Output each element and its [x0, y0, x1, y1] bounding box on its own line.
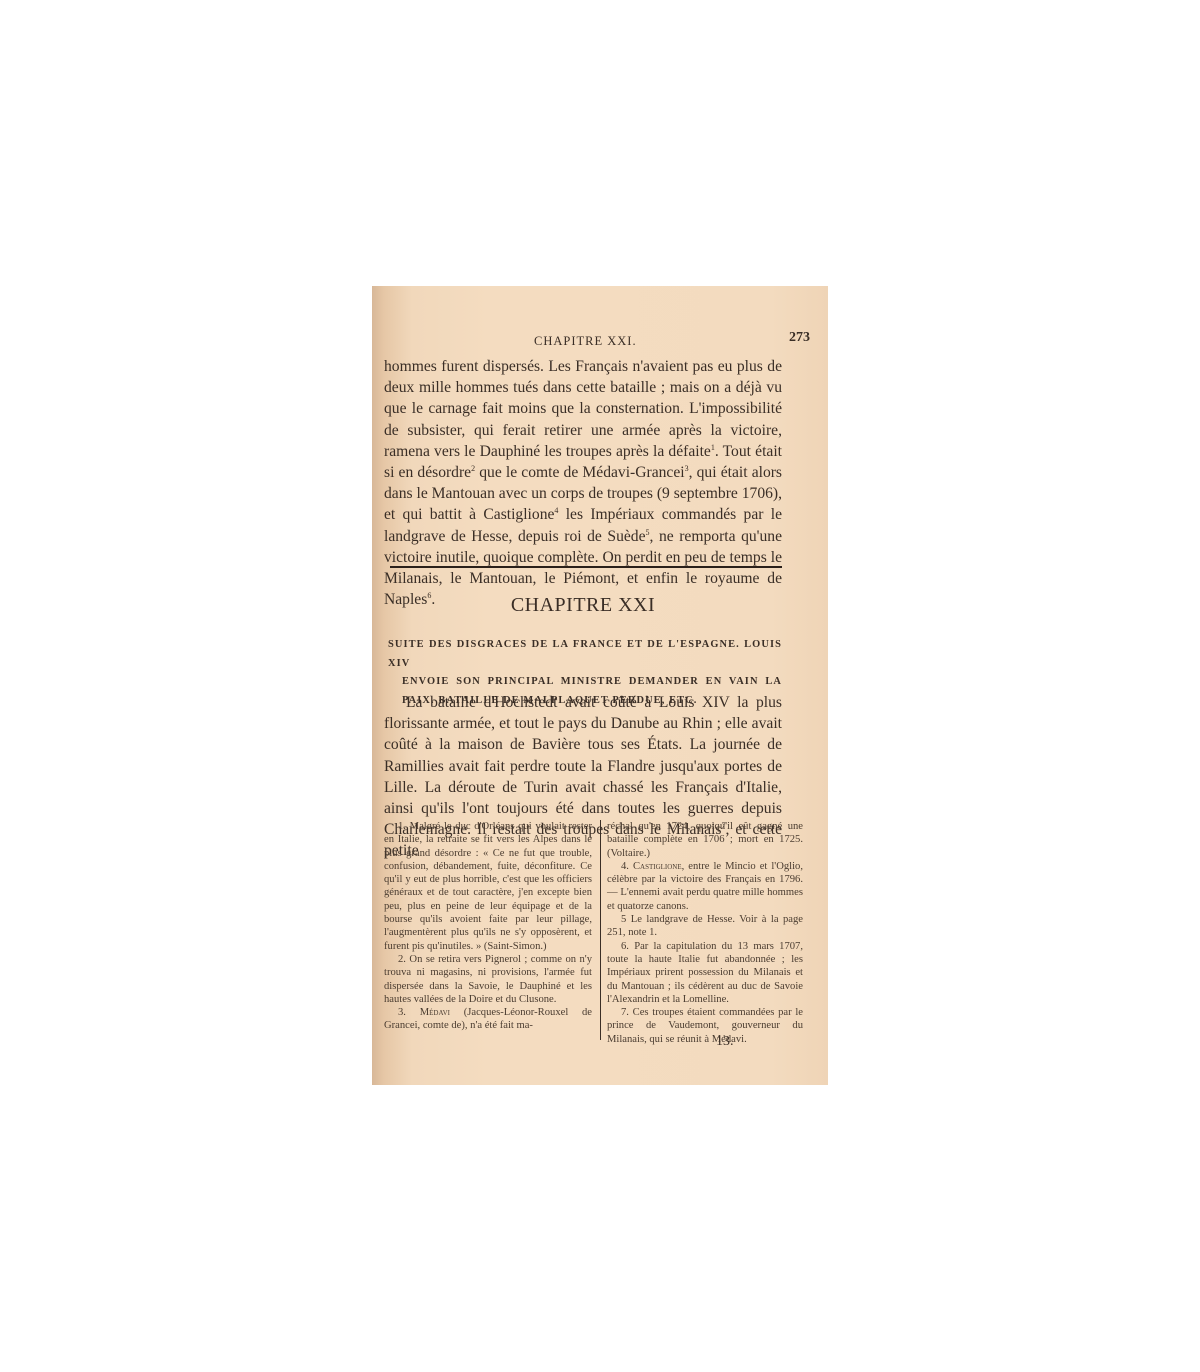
footnote-ref: 5	[646, 528, 650, 537]
footnotes-right-column: réchal qu'en 1724, quoiqu'il eût gagné u…	[607, 820, 803, 1046]
footnote: 5 Le landgrave de Hesse. Voir à la page …	[607, 913, 803, 940]
running-head: CHAPITRE XXI. 273	[384, 330, 810, 350]
footnote: 2. On se retira vers Pignerol ; comme on…	[384, 953, 592, 1006]
chapter-title: CHAPITRE XXI	[372, 594, 794, 617]
footnotes-left-column: 1. Malgré le duc d'Orléans qui voulait r…	[384, 820, 592, 1033]
signature-mark: 13.	[716, 1034, 734, 1050]
footnote-ref: 3	[685, 464, 689, 473]
footnote: 1. Malgré le duc d'Orléans qui voulait r…	[384, 820, 592, 953]
chapter-divider-rule	[390, 566, 782, 568]
footnote-column-divider	[600, 820, 601, 1040]
footnote-ref: 4	[554, 506, 558, 515]
chapter-summary-line1: SUITE DES DISGRACES DE LA FRANCE ET DE L…	[388, 636, 782, 673]
footnote-ref: 1	[711, 443, 715, 452]
book-page: CHAPITRE XXI. 273 hommes furent dispersé…	[372, 286, 828, 1085]
footnote: 4. Castiglione, entre le Mincio et l'Ogl…	[607, 860, 803, 913]
footnote: 7. Ces troupes étaient commandées par le…	[607, 1006, 803, 1046]
page-number: 273	[789, 330, 810, 346]
footnote: réchal qu'en 1724, quoiqu'il eût gagné u…	[607, 820, 803, 860]
footnote-ref: 2	[471, 464, 475, 473]
footnote: 3. Médavi (Jacques-Léonor-Rouxel de Gran…	[384, 1006, 592, 1033]
top-paragraph-text: hommes furent dispersés. Les Français n'…	[384, 356, 782, 610]
running-head-title: CHAPITRE XXI.	[534, 334, 637, 349]
footnote: 6. Par la capitulation du 13 mars 1707, …	[607, 940, 803, 1006]
top-paragraph: hommes furent dispersés. Les Français n'…	[384, 356, 782, 610]
